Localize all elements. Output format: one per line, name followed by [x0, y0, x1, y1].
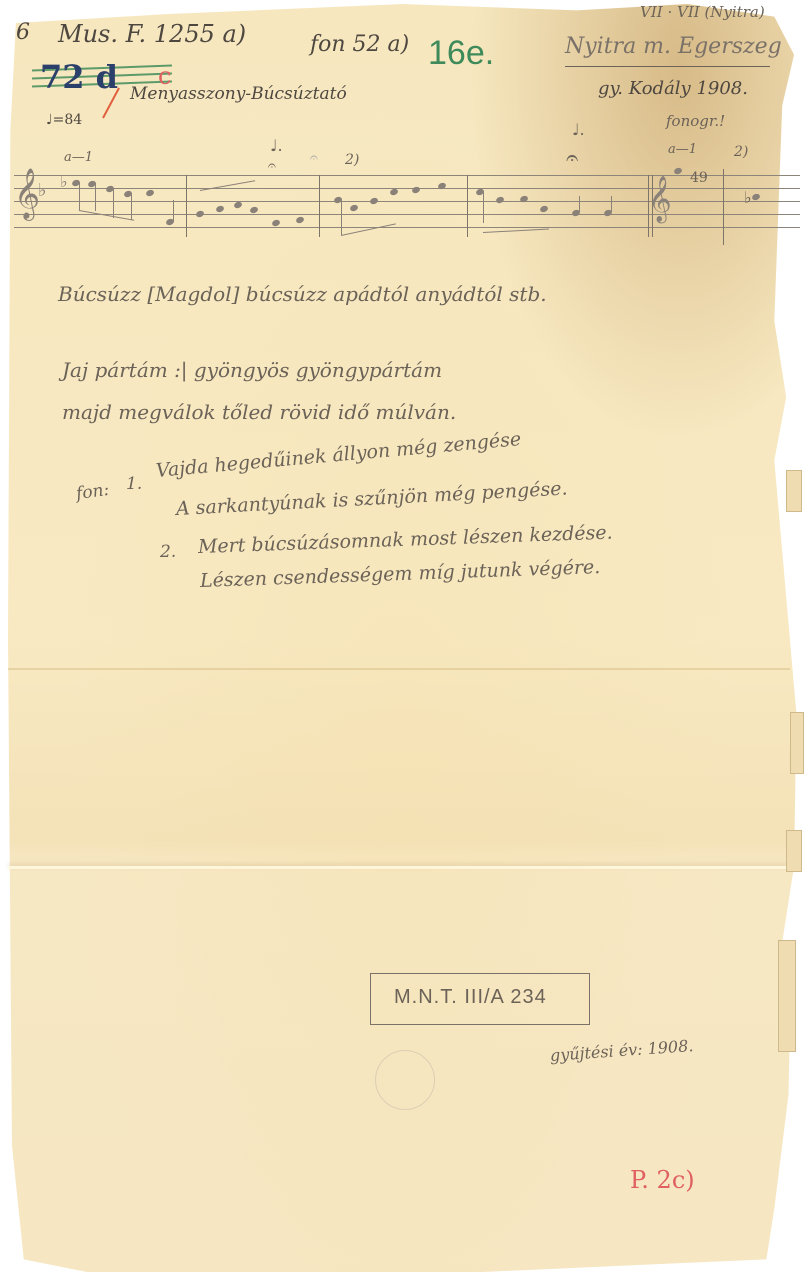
faded-stamp	[375, 1050, 435, 1110]
lyric-line-1: Búcsúzz [Magdol] búcsúzz apádtól anyádtó…	[58, 282, 547, 306]
fon-reference: fon 52 a)	[310, 32, 409, 57]
tempo-marking: ♩=84	[46, 112, 82, 128]
torn-edge-tab	[786, 470, 802, 512]
flat-accidental-icon: ♭	[744, 188, 752, 207]
flat-key-signature-icon: ♭	[38, 180, 47, 201]
lyric-line-2: Jaj pártám :| gyöngyös gyöngypártám	[62, 358, 442, 382]
fingering-49: 49	[690, 170, 708, 186]
barline	[467, 175, 468, 237]
paper-fold	[8, 866, 790, 869]
archive-label: M.N.T. III/A 234	[394, 986, 547, 1009]
treble-clef-icon: 𝄞	[14, 168, 40, 219]
location: Nyitra m. Egerszeg	[565, 34, 782, 59]
torn-edge-tab	[786, 830, 802, 872]
barline	[319, 175, 320, 237]
second-note-marking: ♩.	[572, 120, 585, 139]
range-a1-end: a—1	[668, 142, 697, 157]
fermata-symbol: 𝄐	[310, 150, 318, 166]
song-title: Menyasszony-Búcsúztató	[130, 84, 347, 104]
superscript-note: VII · VII (Nyitra)	[640, 3, 765, 21]
fermata-symbol: 𝄐	[268, 158, 276, 174]
flat-accidental-icon: ♭	[60, 172, 68, 191]
fonograph-note: fonogr.!	[666, 112, 725, 130]
footnote-marker: 2)	[345, 152, 359, 168]
torn-edge-tab	[778, 940, 796, 1052]
lyric-line-3: majd megválok tőled rövid idő múlván.	[62, 400, 456, 424]
paper-fold	[8, 668, 790, 670]
verse-1-number: 1.	[126, 474, 142, 494]
verse-2-number: 2.	[160, 542, 176, 562]
collector: gy. Kodály 1908.	[598, 78, 748, 99]
barline	[186, 175, 187, 237]
header-rule	[565, 66, 770, 67]
torn-edge-tab	[790, 712, 804, 774]
green-number: 16e.	[428, 34, 494, 73]
page-number: 6	[16, 20, 30, 45]
red-reference: P. 2c)	[630, 1166, 695, 1194]
range-a1: a—1	[64, 150, 93, 165]
fermata-symbol: 𝄐	[566, 146, 578, 171]
fermata-note: ♩.	[270, 136, 283, 155]
treble-clef-icon: 𝄞	[648, 176, 672, 222]
catalog-reference: Mus. F. 1255 a)	[58, 20, 246, 48]
barline	[723, 169, 724, 245]
footnote-marker-end: 2)	[734, 144, 748, 160]
struck-number: 72 d	[40, 58, 118, 96]
